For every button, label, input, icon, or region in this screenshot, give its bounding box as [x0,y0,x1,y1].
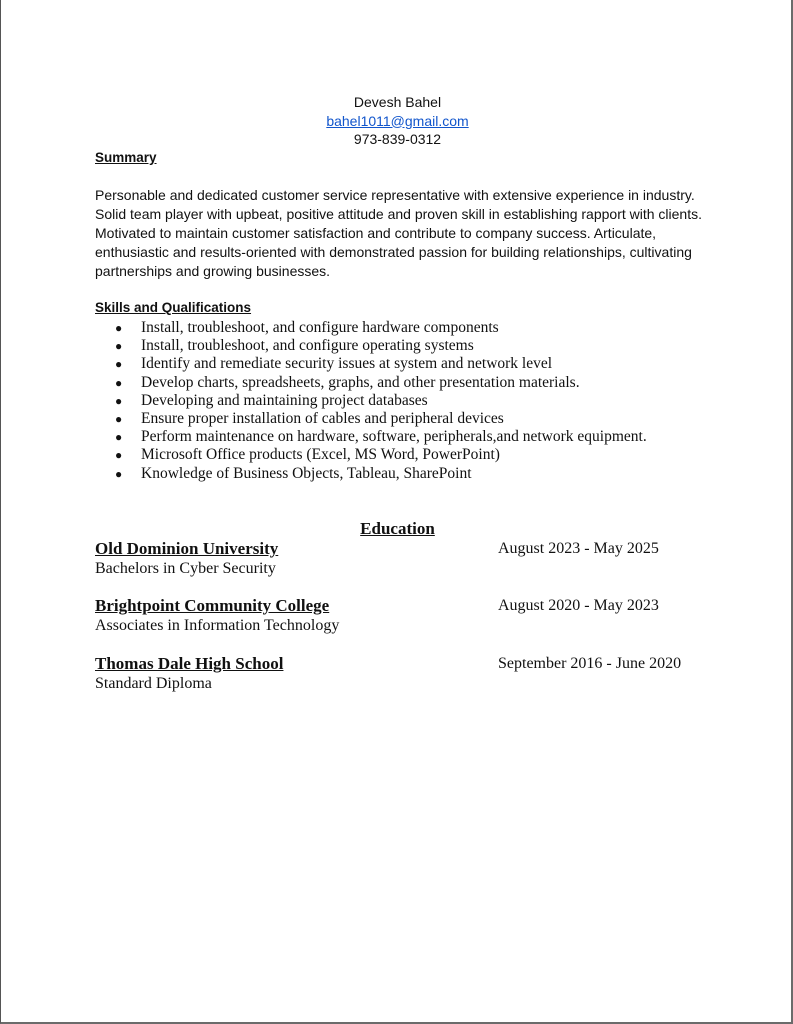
skill-item: ●Install, troubleshoot, and configure op… [95,337,655,355]
candidate-name: Devesh Bahel [1,93,793,112]
skill-item: ●Developing and maintaining project data… [95,392,655,410]
education-entry: Brightpoint Community College August 202… [95,596,715,635]
skills-list: ●Install, troubleshoot, and configure ha… [95,319,655,483]
degree: Bachelors in Cyber Security [95,559,715,578]
skills-heading: Skills and Qualifications [95,300,251,315]
skill-item: ●Microsoft Office products (Excel, MS Wo… [95,446,655,464]
education-dates: September 2016 - June 2020 [498,654,681,674]
skill-item: ●Perform maintenance on hardware, softwa… [95,428,655,446]
email-link[interactable]: bahel1011@gmail.com [326,113,468,129]
bullet-icon: ● [115,446,122,464]
summary-text: Personable and dedicated customer servic… [95,186,705,281]
education-dates: August 2020 - May 2023 [498,596,659,616]
bullet-icon: ● [115,410,122,428]
education-entry: Old Dominion University August 2023 - Ma… [95,539,715,578]
school-name: Thomas Dale High School [95,654,283,674]
summary-heading: Summary [95,150,157,165]
resume-page: Devesh Bahel bahel1011@gmail.com 973-839… [0,0,793,1024]
degree: Associates in Information Technology [95,616,715,635]
education-entry: Thomas Dale High School September 2016 -… [95,654,715,693]
skill-item: ●Develop charts, spreadsheets, graphs, a… [95,374,655,392]
bullet-icon: ● [115,337,122,355]
skill-item: ●Knowledge of Business Objects, Tableau,… [95,465,655,483]
contact-header: Devesh Bahel bahel1011@gmail.com 973-839… [1,93,793,149]
phone-number: 973-839-0312 [1,130,793,149]
bullet-icon: ● [115,465,122,483]
education-dates: August 2023 - May 2025 [498,539,659,559]
education-heading: Education [1,519,793,539]
bullet-icon: ● [115,392,122,410]
school-name: Old Dominion University [95,539,278,559]
bullet-icon: ● [115,355,122,373]
skill-item: ●Identify and remediate security issues … [95,355,655,373]
degree: Standard Diploma [95,674,715,693]
school-name: Brightpoint Community College [95,596,329,616]
bullet-icon: ● [115,319,122,337]
skill-item: ●Ensure proper installation of cables an… [95,410,655,428]
skill-item: ●Install, troubleshoot, and configure ha… [95,319,655,337]
bullet-icon: ● [115,374,122,392]
bullet-icon: ● [115,428,122,446]
